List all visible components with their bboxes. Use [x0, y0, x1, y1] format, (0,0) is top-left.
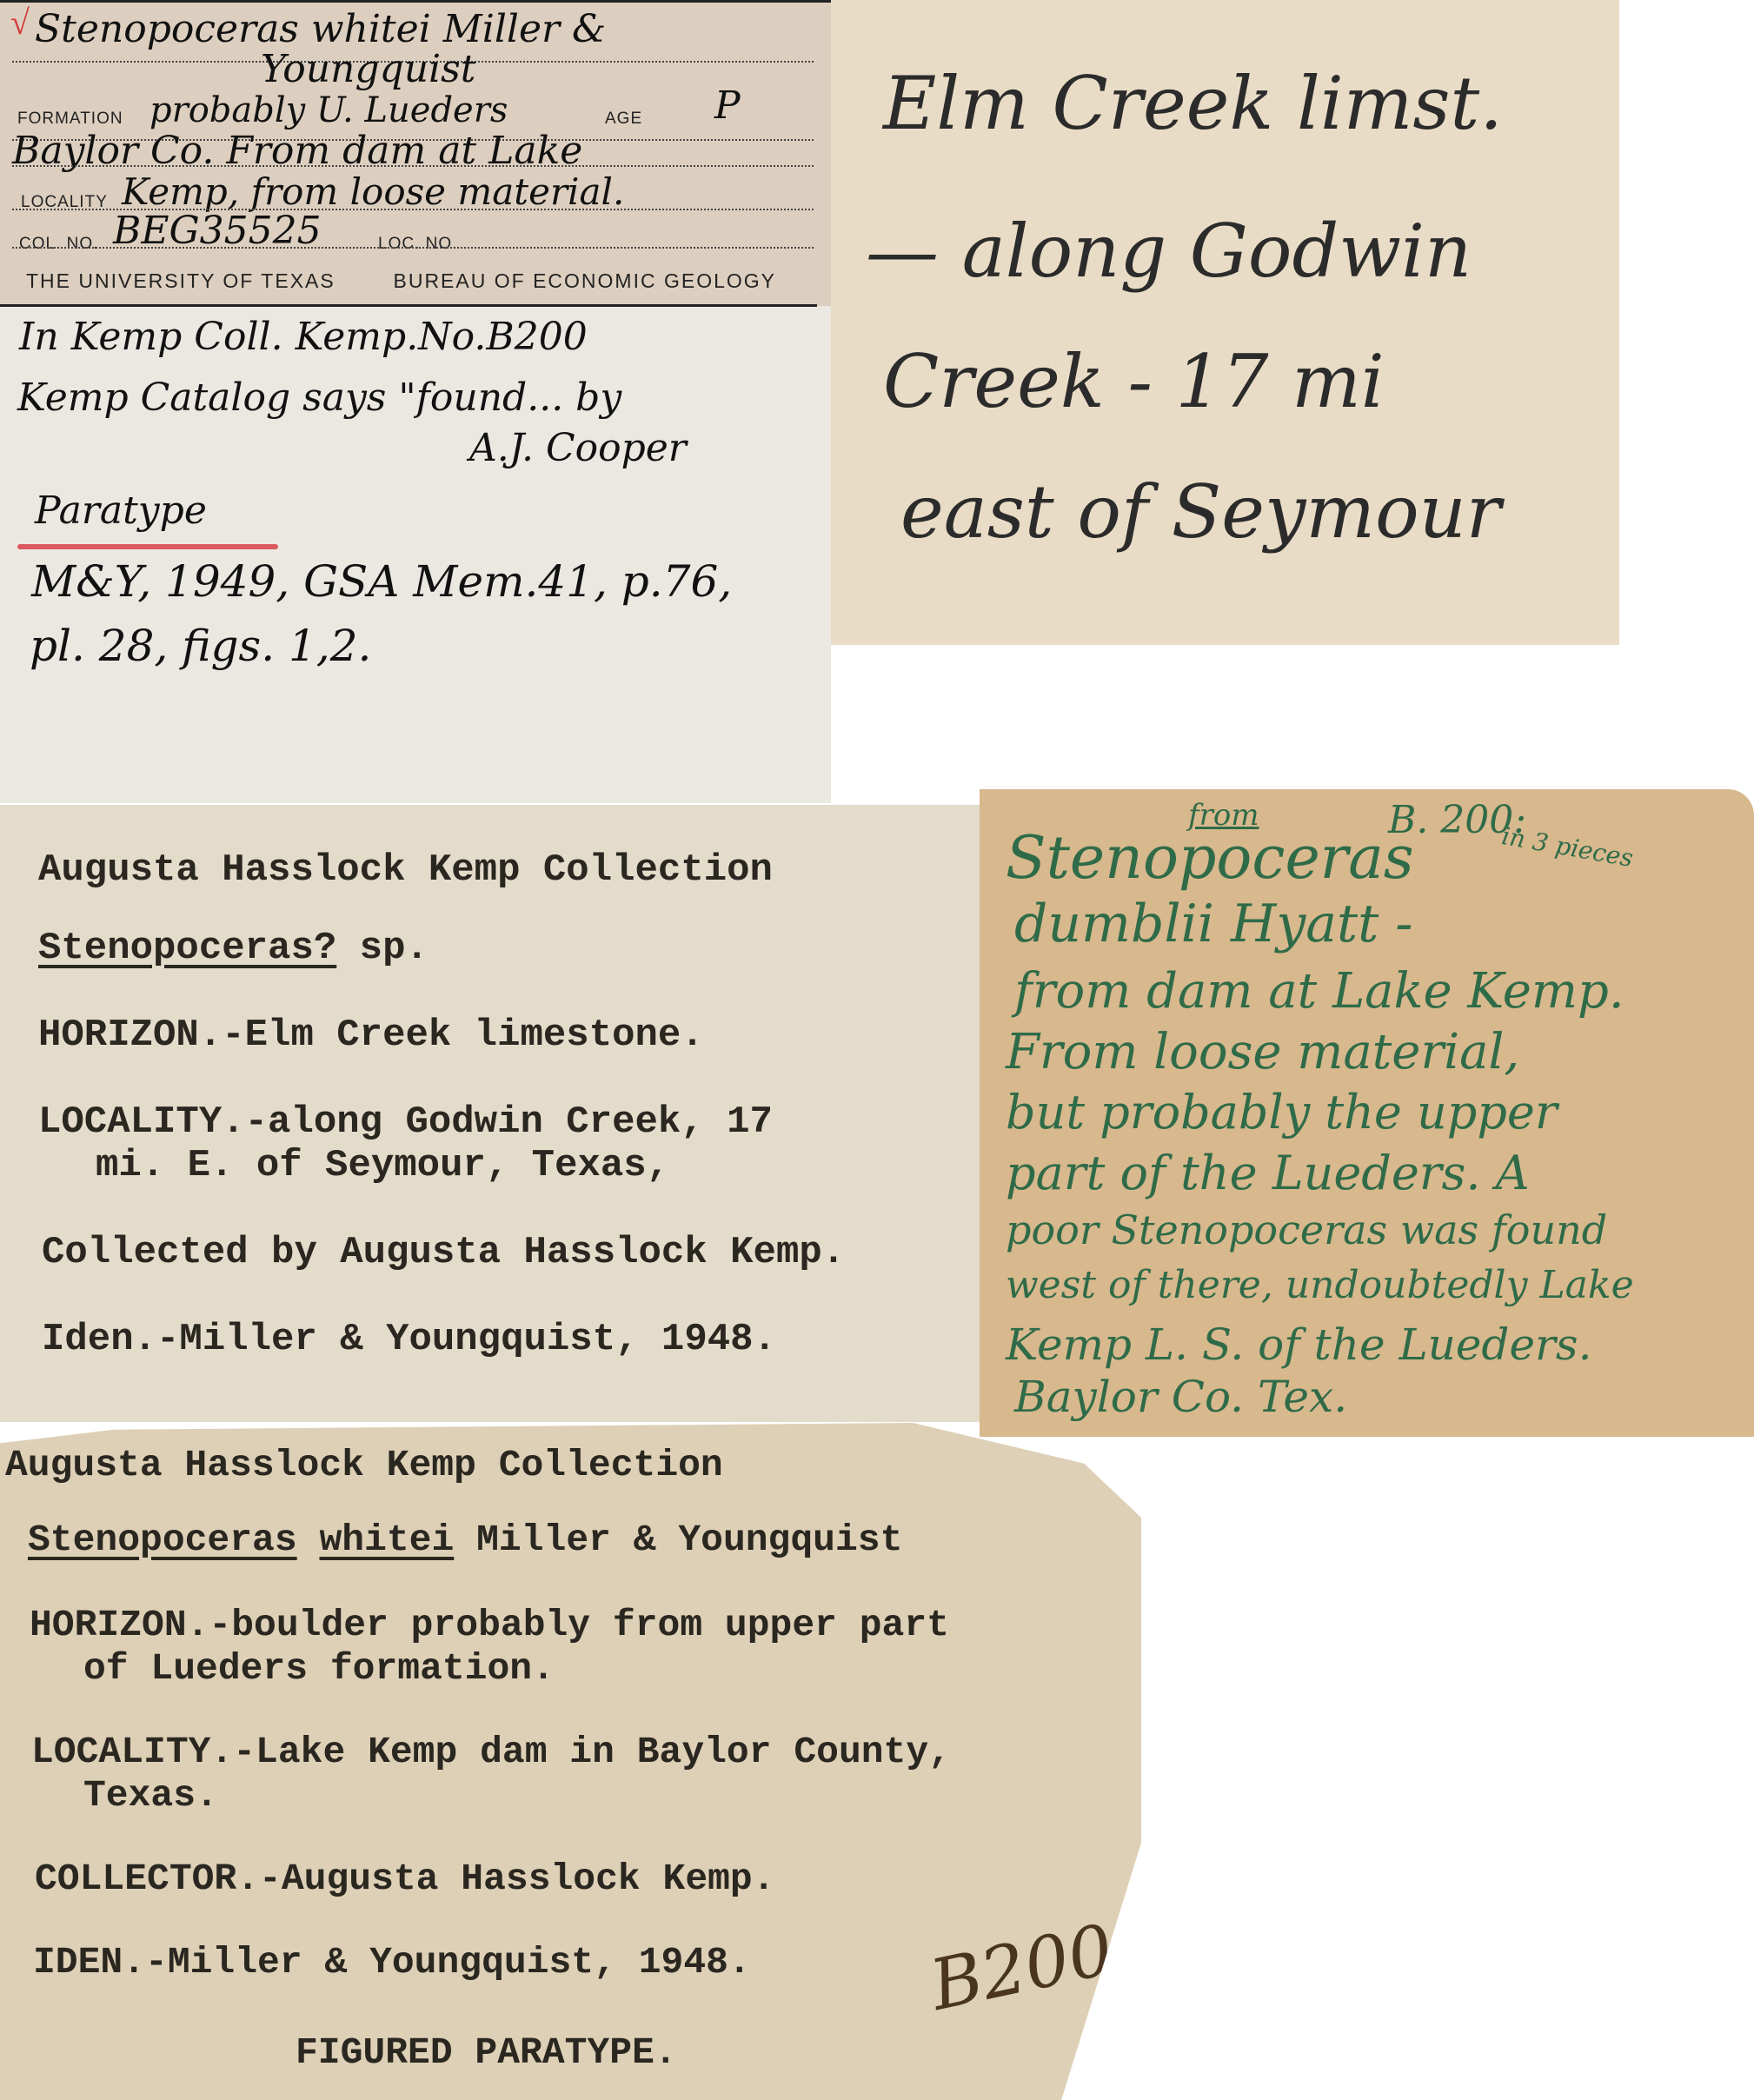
locality-line: Texas. [83, 1774, 218, 1817]
green-line: Baylor Co. Tex. [1014, 1372, 1347, 1422]
age-label: AGE [605, 110, 642, 129]
green-line: but probably the upper [1006, 1085, 1558, 1140]
institution-name: THE UNIVERSITY OF TEXAS [26, 269, 336, 292]
green-line: dumblii Hyatt - [1014, 894, 1413, 954]
typed-label-figured-paratype: Augusta Hasslock Kemp Collection Stenopo… [0, 1423, 1141, 2100]
taxon-line: Stenopoceras? sp. [38, 927, 429, 970]
horizon-line: of Lueders formation. [83, 1647, 555, 1690]
loc-no-label: LOC. NO. [378, 235, 457, 254]
formation-label: FORMATION [17, 110, 123, 129]
green-line: poor Stenopoceras was found [1006, 1206, 1607, 1253]
green-line: Kemp L. S. of the Lueders. [1006, 1319, 1592, 1370]
bureau-name: BUREAU OF ECONOMIC GEOLOGY [394, 269, 777, 292]
figured-paratype: FIGURED PARATYPE. [296, 2031, 677, 2074]
header-pieces: in 3 pieces [1499, 821, 1635, 873]
dotted-rule [12, 165, 814, 167]
green-line: Stenopoceras [1006, 824, 1414, 893]
pencil-line: east of Seymour [900, 469, 1501, 555]
collector-line: COLLECTOR.-Augusta Hasslock Kemp. [35, 1857, 775, 1900]
taxon-suffix: sp. [336, 927, 429, 970]
note-line: Kemp Catalog says "found... by [17, 375, 621, 420]
genus-name: Stenopoceras [28, 1519, 297, 1561]
green-line: part of the Lueders. A [1006, 1146, 1530, 1200]
header-divider [0, 304, 817, 307]
handwritten-catalog-number: B200 [924, 1909, 1120, 2026]
red-underline [17, 544, 278, 549]
taxon-line: Stenopoceras whitei Miller & Youngquist [28, 1519, 902, 1561]
locality-line: LOCALITY.-along Godwin Creek, 17 [38, 1100, 773, 1144]
horizon-line: HORIZON.-boulder probably from upper par… [30, 1604, 949, 1646]
reference-line: M&Y, 1949, GSA Mem.41, p.76, [31, 556, 732, 607]
collection-name: Augusta Hasslock Kemp Collection [38, 848, 773, 892]
typed-label-elm-creek: Augusta Hasslock Kemp Collection Stenopo… [0, 805, 980, 1422]
taxon-authors: Miller & Youngquist [454, 1519, 902, 1561]
locality-line: mi. E. of Seymour, Texas, [96, 1144, 669, 1187]
taxon-name: Stenopoceras? [38, 927, 336, 970]
locality-line: LOCALITY.-Lake Kemp dam in Baylor County… [31, 1731, 951, 1773]
paratype-status: Paratype [35, 488, 207, 533]
note-line: In Kemp Coll. Kemp.No.B200 [19, 315, 588, 359]
green-line: from dam at Lake Kemp. [1014, 963, 1624, 1020]
reference-line: pl. 28, figs. 1,2. [30, 621, 371, 671]
age-value: P [714, 83, 741, 128]
green-ink-note: from B. 200: in 3 pieces Stenopoceras du… [980, 789, 1754, 1437]
institution-footer: THE UNIVERSITY OF TEXAS BUREAU OF ECONOM… [26, 269, 776, 293]
horizon-line: HORIZON.-Elm Creek limestone. [38, 1013, 704, 1057]
species-name: whitei [319, 1519, 454, 1561]
green-line: From loose material, [1006, 1024, 1519, 1080]
pencil-line: Elm Creek limst. [883, 61, 1503, 146]
note-line: A.J. Cooper [469, 426, 687, 470]
beg-specimen-label: √ Stenopoceras whitei Miller & Youngquis… [0, 0, 831, 803]
pencil-line: — along Godwin [866, 209, 1472, 294]
species-line-1: Stenopoceras whitei Miller & [35, 7, 606, 51]
collected-by: Collected by Augusta Hasslock Kemp. [42, 1231, 845, 1274]
locality-value: Kemp, from loose material. [122, 170, 624, 213]
pencil-locality-note: Elm Creek limst. — along Godwin Creek - … [831, 0, 1619, 645]
identification: IDEN.-Miller & Youngquist, 1948. [33, 1941, 751, 1984]
collection-name: Augusta Hasslock Kemp Collection [5, 1444, 723, 1486]
identification: Iden.-Miller & Youngquist, 1948. [42, 1318, 776, 1361]
pencil-line: Creek - 17 mi [883, 339, 1385, 424]
red-check-mark-icon: √ [10, 2, 30, 43]
formation-value: probably U. Lueders [149, 90, 508, 130]
col-no-label: COL. NO. [19, 235, 98, 254]
species-line-2: Youngquist [261, 47, 475, 91]
green-line: west of there, undoubtedly Lake [1006, 1263, 1634, 1307]
dotted-rule [12, 247, 814, 249]
